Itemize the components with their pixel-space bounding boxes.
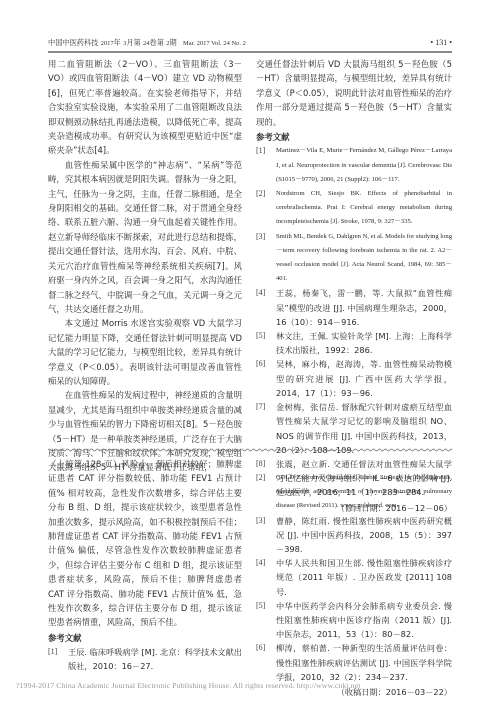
reference-number: [5] [256,599,276,642]
article-left-column: 用二血管阻断法（2－VO）、三血管阻断法（3－VO）或四血管阻断法（4－VO）建… [48,57,242,475]
reference-item: [4] 王蕊，杨秦飞，雷一鹏，等. 大鼠拟“血管性痴呆”模型的改进 [J]. 中… [256,286,452,329]
continued-article-left-column: （上接第 128 页）风险小，预后相对较好；肺脾虚证患者 CAT 评分指数较低、… [48,457,242,674]
reference-text: 王辰. 临床呼吸病学 [M]. 北京：科学技术文献出版社，2010：16－27. [68,645,242,673]
header-volume: 24 [143,40,150,47]
running-header: 中国中医药科技 2017年 3月第 24卷第 2期 Mar. 2017 Vol.… [48,36,452,50]
page-number: • 131 • [430,36,452,50]
reference-item: [5] 林文注，王佩. 实验针灸学 [M]. 上海：上海科学技术出版社，1992… [256,329,452,357]
header-year: 2017 [101,40,114,47]
reference-item: [4] 中华人民共和国卫生部. 慢性阻塞性肺疾病诊疗规范（2011 年版）. 卫… [256,556,452,599]
reference-number: [4] [256,556,276,599]
reference-text: 中华中医药学会内科分会肺系病专业委员会. 慢性阻塞性肺疾病中医诊疗指南（2011… [276,599,452,642]
body-paragraph: 用二血管阻断法（2－VO）、三血管阻断法（3－VO）或四血管阻断法（4－VO）建… [48,57,242,158]
reference-number: [5] [256,329,276,357]
body-paragraph: 交通任督法针刺后 VD 大鼠海马组织 5－羟色胺（5－HT）含量明显提高，与模型… [256,57,452,129]
reference-number: [4] [256,286,276,329]
reference-number: [1] [256,144,276,187]
body-paragraph: 血管性痴呆属中医学的“神志病”、“呆病”等范畴，究其根本病因就是阴阳失调。督脉为… [48,158,242,316]
reference-text: 中华人民共和国卫生部. 慢性阻塞性肺疾病诊疗规范（2011 年版）. 卫办医政发… [276,556,452,599]
reference-text: GOLD Executive Committee. Global Strateg… [276,471,452,514]
reference-text: 吴林，麻小梅，赵海涛，等. 血管性痴呆动物模型的研究进展 [J]. 广西中医药大… [276,357,452,400]
body-paragraph: 本文通过 Morris 水迷宫实验观察 VD 大鼠学习记忆能力明显下降，交通任督… [48,316,242,388]
reference-item: [2] Nordstrom CH, Siesjo BK. Effects of … [256,187,452,230]
continued-article-right-column: [2] GOLD Executive Committee. Global Str… [256,471,452,699]
reference-number: [3] [256,514,276,557]
copyright-footer: ?1994-2017 China Academic Journal Electr… [16,681,496,690]
reference-text: 林文注，王佩. 实验针灸学 [M]. 上海：上海科学技术出版社，1992：286… [276,329,452,357]
reference-text: Smith ML, Bendek G, Dahlgren N, et al. M… [276,230,452,287]
header-month: 3 [123,40,126,47]
reference-text: Nordstrom CH, Siesjo BK. Effects of phen… [276,187,452,230]
reference-item: [2] GOLD Executive Committee. Global Str… [256,471,452,514]
reference-item: [1] Martinez－Vila E, Murie－Fernández M, … [256,144,452,187]
header-divider [48,51,452,53]
reference-number: [3] [256,230,276,287]
reference-item: [6] 柳涛，蔡柏蔷. 一种新型的生活质量评估问卷：慢性阻塞性肺疾病评估测试 [… [256,641,452,684]
reference-item: [5] 中华中医药学会内科分会肺系病专业委员会. 慢性阻塞性肺疾病中医诊疗指南（… [256,599,452,642]
reference-text: 柳涛，蔡柏蔷. 一种新型的生活质量评估问卷：慢性阻塞性肺疾病评估测试 [J]. … [276,641,452,684]
reference-number: [6] [256,641,276,684]
references-heading: 参考文献 [256,130,452,144]
reference-text: 王蕊，杨秦飞，雷一鹏，等. 大鼠拟“血管性痴呆”模型的改进 [J]. 中国病理生… [276,286,452,329]
reference-text: Martinez－Vila E, Murie－Fernández M, Gáll… [276,144,452,187]
wavy-divider [48,448,452,452]
journal-info-en: Mar. 2017 Vol. 24 No. 2 [183,40,246,47]
reference-item: [3] Smith ML, Bendek G, Dahlgren N, et a… [256,230,452,287]
header-journal-info: 中国中医药科技 2017年 3月第 24卷第 2期 Mar. 2017 Vol.… [48,36,246,51]
journal-page: 中国中医药科技 2017年 3月第 24卷第 2期 Mar. 2017 Vol.… [0,0,500,707]
reference-list: [1] Martinez－Vila E, Murie－Fernández M, … [256,144,452,499]
reference-item: [3] 曹静，陈红雨. 慢性阻塞性肺疾病中医药研究概况 [J]. 中国中医药科技… [256,514,452,557]
reference-number: [2] [256,187,276,230]
references-heading: 参考文献 [48,631,242,645]
reference-text: 曹静，陈红雨. 慢性阻塞性肺疾病中医药研究概况 [J]. 中国中医药科技，200… [276,514,452,557]
reference-item: [1] 王辰. 临床呼吸病学 [M]. 北京：科学技术文献出版社，2010：16… [48,645,242,673]
article-right-column: 交通任督法针刺后 VD 大鼠海马组织 5－羟色胺（5－HT）含量明显提高，与模型… [256,57,452,515]
reference-number: [6] [256,357,276,400]
journal-name-cn: 中国中医药科技 [48,38,98,47]
reference-item: [6] 吴林，麻小梅，赵海涛，等. 血管性痴呆动物模型的研究进展 [J]. 广西… [256,357,452,400]
header-issue: 2 [166,40,169,47]
body-paragraph: （上接第 128 页）风险小，预后相对较好；肺脾虚证患者 CAT 评分指数较低、… [48,457,242,630]
reference-number: [2] [256,471,276,514]
reference-number: [1] [48,645,68,673]
